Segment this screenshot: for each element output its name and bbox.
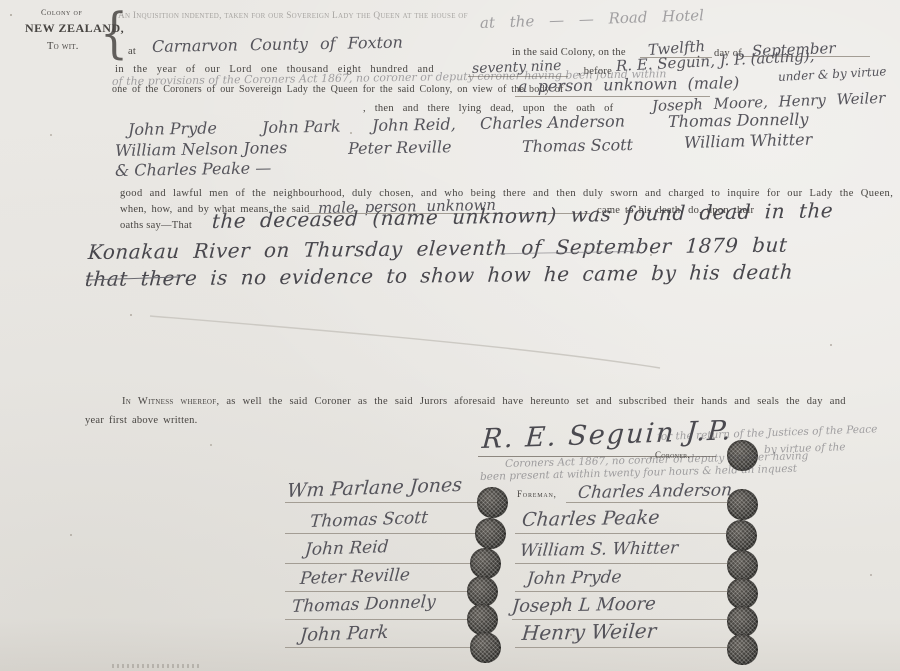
juror-name: Thomas Donnelly [668, 110, 809, 131]
juror-name: John Park [262, 117, 341, 137]
signature-rule [515, 591, 748, 592]
juror-name: Thomas Scott [522, 135, 633, 156]
printer-imprint-smudge [112, 664, 202, 668]
wax-seal [727, 550, 758, 581]
wax-seal [467, 576, 498, 607]
wax-seal [470, 548, 501, 579]
juror-name: & Charles Peake — [115, 158, 272, 180]
opening-handwriting: at the — — Road Hotel [480, 6, 705, 32]
juror-name: William Nelson Jones [115, 138, 288, 160]
opening-line: An Inquisition indented, taken for our S… [118, 11, 468, 21]
signature-rule [285, 563, 471, 564]
colony-of-label: Colony of [41, 8, 82, 17]
wax-seal [727, 606, 758, 637]
juror-signature: Thomas Donnely [291, 592, 436, 617]
foreman-label: Foreman, [517, 489, 557, 499]
juror-signature: Thomas Scott [309, 508, 428, 532]
wax-seal [467, 604, 498, 635]
place-handwriting: Carnarvon County of Foxton [152, 33, 403, 56]
juror-signature: Charles Peake [521, 507, 660, 531]
signature-rule [285, 647, 471, 648]
juror-signature: Charles Anderson [577, 480, 733, 503]
juror-name: William Whitter [684, 130, 813, 152]
juror-signature: Peter Reville [299, 565, 410, 589]
signature-rule [515, 563, 748, 564]
signature-rule [512, 619, 748, 620]
juror-name: John Pryde [128, 118, 217, 139]
at-label: at [128, 46, 136, 57]
wax-seal [726, 520, 757, 551]
signature-rule [566, 502, 748, 503]
signature-rule [285, 533, 475, 534]
signature-rule [515, 533, 748, 534]
juror-signature: Wm Parlane Jones [286, 474, 463, 502]
witness-rest-text: as well the said Coroner as the said Jur… [219, 396, 845, 407]
verdict-handwriting-line2: Konakau River on Thursday eleventh of Se… [87, 233, 788, 264]
verdict-handwriting-line3: that there is no evidence to show how he… [84, 260, 794, 291]
juror-name: Charles Anderson [480, 111, 625, 133]
inquest-document-scan: Colony of NEW ZEALAND, To wit. { An Inqu… [0, 0, 900, 671]
witness-whereof-label: In Witness whereof, [122, 396, 219, 407]
body-handwriting: a person unknown (male) [518, 73, 740, 96]
juror-signature: Henry Weiler [521, 619, 657, 645]
oaths-say-label: oaths say—That [120, 220, 192, 231]
wax-seal [477, 487, 508, 518]
lawful-men-line: good and lawful men of the neighbourhood… [120, 188, 893, 199]
wax-seal [475, 518, 506, 549]
wax-seal [727, 634, 758, 665]
juror-name: Peter Reville [348, 137, 452, 158]
paper-specks [10, 14, 12, 16]
signature-rule [285, 619, 469, 620]
signature-rule [515, 647, 748, 648]
to-wit-label: To wit. [47, 41, 79, 52]
coroners-line: one of the Coroners of our Sovereign Lad… [112, 84, 564, 95]
juror-signature: John Pryde [526, 567, 622, 589]
juror-signature: John Reid [304, 537, 389, 560]
witness-line: In Witness whereof, as well the said Cor… [122, 396, 846, 407]
wax-seal [727, 489, 758, 520]
signature-rule [285, 502, 477, 503]
juror-signature: William S. Whitter [519, 538, 679, 561]
juror-signature: Joseph L Moore [511, 593, 657, 617]
juror-signature: John Park [299, 622, 389, 646]
wax-seal [727, 578, 758, 609]
witness-line2: year first above written. [85, 415, 198, 426]
signature-rule [285, 591, 469, 592]
colony-on-the-label: in the said Colony, on the [512, 47, 626, 58]
wax-seal [470, 632, 501, 663]
coroner-name-handwriting-2: under & by virtue [778, 64, 887, 84]
juror-name: John Reid, [372, 115, 456, 135]
